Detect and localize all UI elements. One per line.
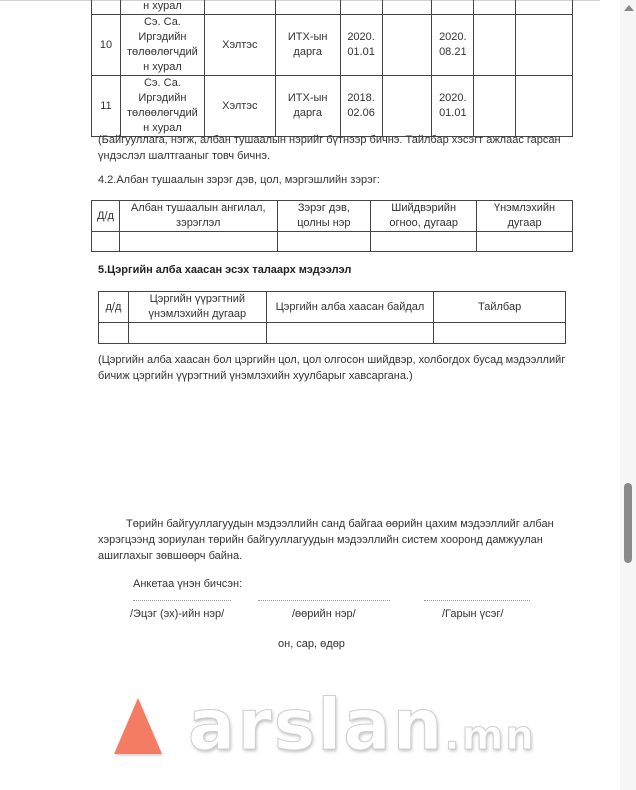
work-history-note: (Байгууллага, нэгж, албан тушаалын нэрий… bbox=[98, 132, 561, 164]
position-cell: ИТХ-ын дарга bbox=[275, 15, 340, 76]
section-4-2-title: 4.2.Албан тушаалын зэрэг дэв, цол, мэргэ… bbox=[98, 172, 380, 188]
work-history-table: н хурал 10 Сэ. Са. Иргэдийн төлөөлөгчдий… bbox=[91, 0, 573, 137]
field-signature: /Гарын үсэг/ bbox=[442, 606, 503, 622]
org-cell: Сэ. Са. Иргэдийн төлөөлөгчдий н хурал bbox=[120, 15, 204, 76]
signature-line-name bbox=[258, 600, 390, 601]
signature-line-parent bbox=[133, 600, 231, 601]
end-date-cell: 2020. 01.01 bbox=[432, 76, 474, 137]
field-parent-name: /Эцэг (эх)-ийн нэр/ bbox=[130, 606, 224, 622]
signature-line-sign bbox=[424, 600, 530, 601]
table-row bbox=[92, 232, 573, 252]
date-label: он, сар, өдөр bbox=[278, 636, 345, 652]
table-header-row: д/д Цэргийн үүрэгтнийүнэмлэхийн дугаар Ц… bbox=[99, 292, 566, 323]
triangle-logo-icon bbox=[114, 698, 162, 754]
consent-paragraph: Төрийн байгууллагуудын мэдээллийн санд б… bbox=[98, 516, 568, 564]
start-date-cell: 2020. 01.01 bbox=[340, 15, 382, 76]
military-note: (Цэргийн алба хаасан бол цэргийн цол, цо… bbox=[98, 352, 565, 384]
scrollbar-track[interactable] bbox=[620, 0, 636, 790]
field-own-name: /өөрийн нэр/ bbox=[292, 606, 356, 622]
arslan-watermark-logo: arslan.mn bbox=[110, 680, 600, 770]
table-row bbox=[99, 323, 566, 344]
scroll-up-arrow-icon[interactable] bbox=[624, 5, 634, 11]
position-cell: ИТХ-ын дарга bbox=[275, 76, 340, 137]
table-row: 11 Сэ. Са. Иргэдийн төлөөлөгчдий н хурал… bbox=[92, 76, 573, 137]
logo-text: arslan bbox=[188, 684, 445, 766]
unit-cell: Хэлтэс bbox=[204, 15, 275, 76]
document-page: н хурал 10 Сэ. Са. Иргэдийн төлөөлөгчдий… bbox=[0, 0, 636, 790]
military-table: д/д Цэргийн үүрэгтнийүнэмлэхийн дугаар Ц… bbox=[98, 291, 566, 344]
scrollbar-thumb[interactable] bbox=[624, 483, 632, 563]
rank-table: Д/д Албан тушаалын ангилал,зэрэглэл Зэрэ… bbox=[91, 200, 573, 252]
org-cell: н хурал bbox=[120, 0, 204, 15]
row-number: 10 bbox=[92, 15, 121, 76]
org-cell: Сэ. Са. Иргэдийн төлөөлөгчдий н хурал bbox=[120, 76, 204, 137]
logo-domain: .mn bbox=[445, 713, 536, 759]
end-date-cell: 2020. 08.21 bbox=[432, 15, 474, 76]
unit-cell: Хэлтэс bbox=[204, 76, 275, 137]
signature-label: Анкетаа үнэн бичсэн: bbox=[133, 576, 242, 592]
section-5-title: 5.Цэргийн алба хаасан эсэх талаарх мэдээ… bbox=[98, 264, 351, 276]
table-header-row: Д/д Албан тушаалын ангилал,зэрэглэл Зэрэ… bbox=[92, 201, 573, 232]
table-row: н хурал bbox=[92, 0, 573, 15]
start-date-cell: 2018. 02.06 bbox=[340, 76, 382, 137]
row-number: 11 bbox=[92, 76, 121, 137]
table-row: 10 Сэ. Са. Иргэдийн төлөөлөгчдий н хурал… bbox=[92, 15, 573, 76]
